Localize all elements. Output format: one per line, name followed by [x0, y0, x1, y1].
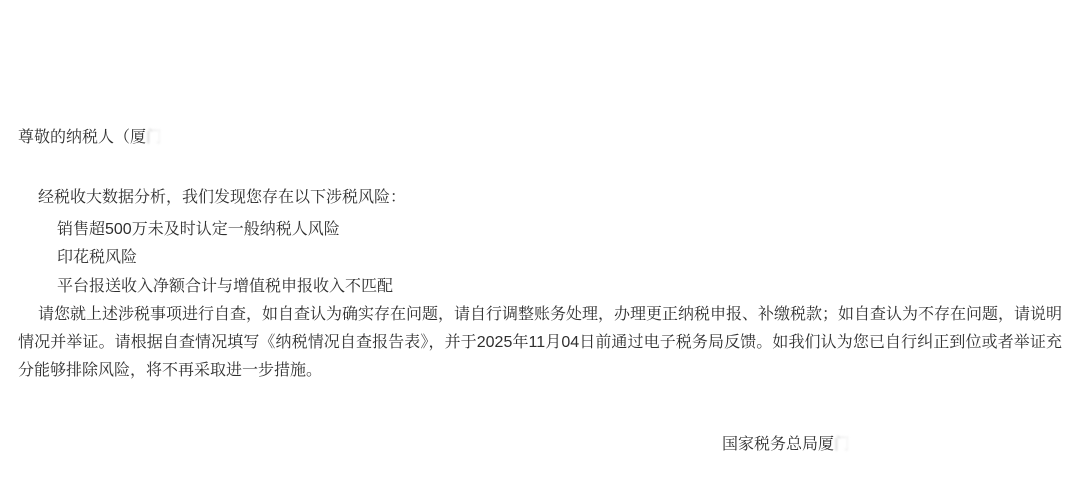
signature-line: 国家税务总局厦门 [722, 431, 850, 459]
risk-item-1: 销售超500万未及时认定一般纳税人风险 [57, 216, 340, 244]
salutation-text: 尊敬的纳税人（厦 [18, 129, 146, 146]
tax-notice-document: 尊敬的纳税人（厦门 经税收大数据分析，我们发现您存在以下涉税风险： 销售超500… [0, 0, 1080, 498]
salutation-line: 尊敬的纳税人（厦门 [18, 124, 162, 152]
intro-line: 经税收大数据分析，我们发现您存在以下涉税风险： [38, 184, 406, 212]
risk-item-3: 平台报送收入净额合计与增值税申报收入不匹配 [57, 273, 393, 301]
signature-text: 国家税务总局厦 [722, 436, 834, 453]
salutation-redacted-text: 门 [146, 129, 162, 146]
self-inspection-paragraph: 请您就上述涉税事项进行自查，如自查认为确实存在问题，请自行调整账务处理，办理更正… [18, 301, 1062, 385]
risk-item-2: 印花税风险 [57, 244, 137, 272]
signature-redacted-text: 门 [834, 436, 850, 453]
